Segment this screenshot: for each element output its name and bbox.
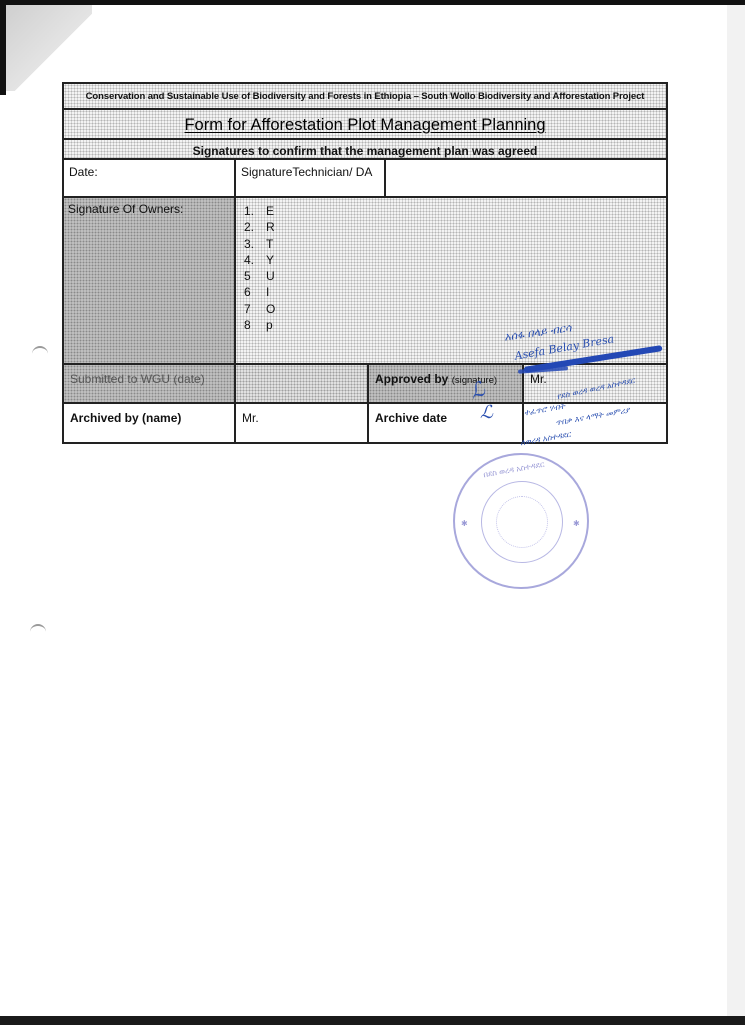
technician-signature-label: SignatureTechnician/ DA (241, 165, 372, 179)
project-header-row: Conservation and Sustainable Use of Biod… (64, 84, 666, 110)
title-row: Form for Afforestation Plot Management P… (64, 110, 666, 138)
owner-name: U (266, 268, 275, 284)
scanner-edge-top (0, 0, 745, 5)
owners-row: Signature Of Owners: 1.E2.R3.T4.Y5U6I7O8… (64, 198, 666, 365)
owner-signature-item: 3.T (244, 236, 658, 252)
date-label: Date: (69, 165, 98, 179)
technician-label-cell: SignatureTechnician/ DA (236, 160, 386, 196)
owners-list: 1.E2.R3.T4.Y5U6I7O8p (244, 203, 658, 333)
owner-number: 7 (244, 301, 266, 317)
owner-number: 8 (244, 317, 266, 333)
scanner-edge-bottom (0, 1016, 745, 1025)
stamp-inner-ring (481, 481, 563, 563)
stamp-text: በደስ ወረዳ አስተዳደር (483, 460, 546, 481)
owner-signature-item: 2.R (244, 219, 658, 235)
archive-signature-mark: ℒ (480, 402, 493, 423)
owners-signature-label: Signature Of Owners: (64, 198, 236, 363)
approved-by-value: Mr. (530, 372, 547, 386)
signatures-heading: Signatures to confirm that the managemen… (64, 138, 666, 158)
owner-number: 6 (244, 284, 266, 300)
approved-by-label-cell: Approved by (signature) (369, 365, 524, 402)
archived-by-field[interactable]: Mr. (236, 404, 369, 442)
owner-number: 2. (244, 219, 266, 235)
folded-corner (6, 5, 92, 91)
owner-number: 4. (244, 252, 266, 268)
owner-number: 1. (244, 203, 266, 219)
punch-hole-icon (32, 346, 48, 358)
stamp-emblem (496, 496, 548, 548)
archived-by-value: Mr. (242, 411, 259, 425)
stamp-star-icon: ✱ (461, 519, 468, 528)
project-name: Conservation and Sustainable Use of Biod… (64, 84, 666, 108)
owner-signature-item: 6I (244, 284, 658, 300)
owner-name: T (266, 236, 273, 252)
technician-signature-field[interactable] (386, 160, 666, 196)
approved-by-label: Approved by (375, 372, 448, 386)
owner-name: Y (266, 252, 274, 268)
owner-number: 3. (244, 236, 266, 252)
archived-by-label: Archived by (name) (64, 404, 236, 442)
owner-name: E (266, 203, 274, 219)
date-field[interactable]: Date: (64, 160, 236, 196)
form-title: Form for Afforestation Plot Management P… (64, 110, 666, 138)
submitted-to-wgu-label: Submitted to WGU (date) (64, 365, 236, 402)
archive-date-label: Archive date (369, 404, 524, 442)
signatures-heading-row: Signatures to confirm that the managemen… (64, 138, 666, 160)
owner-name: I (266, 284, 269, 300)
owner-name: p (266, 317, 273, 333)
date-row: Date: SignatureTechnician/ DA (64, 160, 666, 198)
owner-signature-item: 4.Y (244, 252, 658, 268)
owner-signature-item: 7O (244, 301, 658, 317)
owner-number: 5 (244, 268, 266, 284)
owner-name: R (266, 219, 275, 235)
punch-hole-icon (30, 624, 46, 636)
submitted-date-field[interactable] (236, 365, 369, 402)
owner-signature-item: 1.E (244, 203, 658, 219)
owners-signature-list[interactable]: 1.E2.R3.T4.Y5U6I7O8p አሰፋ በላይ ብርሳ Asefa B… (236, 198, 666, 363)
owner-signature-item: 8p (244, 317, 658, 333)
stamp-star-icon: ✱ (573, 519, 580, 528)
owner-name: O (266, 301, 275, 317)
scanner-edge-right (727, 5, 745, 1016)
owner-signature-item: 5U (244, 268, 658, 284)
official-stamp: በደስ ወረዳ አስተዳደር ✱ ✱ (453, 453, 589, 589)
